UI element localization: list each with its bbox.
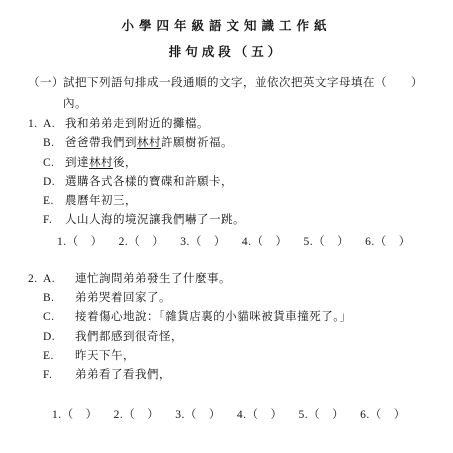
item-letter: F. [43,211,65,230]
q1-item-c: C. 到達林村後， [28,154,453,173]
worksheet-title: 小學四年級語文知識工作紙 [0,0,453,34]
q1-item-a: 1. A. 我和弟弟走到附近的攤檔。 [28,115,453,134]
q2-item-c: C. 接着傷心地說：「雜貨店裏的小貓咪被貨車撞死了。」 [28,308,453,327]
item-text: 我們都感到很奇怪， [75,328,183,347]
q2-item-d: D. 我們都感到很奇怪， [28,328,453,347]
item-letter: E. [43,347,75,366]
item-letter: B. [43,134,65,153]
underlined-place-name: 林村 [89,157,113,169]
item-text: 選購各式各樣的寶碟和許願卡， [65,173,233,192]
item-letter: C. [43,308,75,327]
item-letter: A. [43,115,65,134]
item-text: 人山人海的境況讓我們嚇了一跳。 [65,211,245,230]
answer-blank-4: 4.（ ） [237,406,283,425]
item-letter: F. [43,366,75,385]
item-text: 到達林村後， [65,154,137,173]
item-text: 弟弟哭着回家了。 [75,289,171,308]
answer-blank-6: 6.（ ） [360,406,406,425]
q2-item-f: F. 弟弟看了看我們， [28,366,453,385]
item-text: 接着傷心地說：「雜貨店裏的小貓咪被貨車撞死了。」 [75,308,352,327]
section-label: （一） [28,76,63,91]
q1-item-e: E. 農曆年初三， [28,192,453,211]
q1-item-f: F. 人山人海的境況讓我們嚇了一跳。 [28,211,453,230]
q2-answer-row: 1.（ ） 2.（ ） 3.（ ） 4.（ ） 5.（ ） 6.（ ） [52,406,453,425]
section-instruction: （一） 試把下列語句排成一段通順的文字，並依次把英文字母填在（ ） [28,76,453,91]
item-letter: D. [43,173,65,192]
answer-blank-2: 2.（ ） [119,233,165,252]
item-text: 爸爸帶我們到林村許願樹祈福。 [65,134,233,153]
question-2-number: 2. [28,270,43,289]
worksheet-page: 小學四年級語文知識工作紙 排句成段（五） （一） 試把下列語句排成一段通順的文字… [0,0,453,453]
item-text: 我和弟弟走到附近的攤檔。 [65,115,209,134]
item-letter: E. [43,192,65,211]
item-letter: C. [43,154,65,173]
instruction-text-line2: 內。 [63,97,453,112]
answer-blank-1: 1.（ ） [57,233,103,252]
q1-answer-row: 1.（ ） 2.（ ） 3.（ ） 4.（ ） 5.（ ） 6.（ ） [57,233,453,252]
answer-blank-5: 5.（ ） [304,233,350,252]
item-text: 農曆年初三， [65,192,137,211]
q2-item-b: B. 弟弟哭着回家了。 [28,289,453,308]
answer-blank-1: 1.（ ） [52,406,98,425]
instruction-text-line1: 試把下列語句排成一段通順的文字，並依次把英文字母填在（ ） [63,76,423,91]
question-2: 2. A. 連忙詢問弟弟發生了什麼事。 B. 弟弟哭着回家了。 C. 接着傷心地… [0,270,453,425]
q2-item-e: E. 昨天下午， [28,347,453,366]
answer-blank-3: 3.（ ） [180,233,226,252]
question-1: 1. A. 我和弟弟走到附近的攤檔。 B. 爸爸帶我們到林村許願樹祈福。 C. … [0,115,453,252]
item-letter: A. [43,270,75,289]
answer-blank-6: 6.（ ） [365,233,411,252]
answer-blank-2: 2.（ ） [114,406,160,425]
item-text: 弟弟看了看我們， [75,366,171,385]
answer-blank-4: 4.（ ） [242,233,288,252]
item-text: 連忙詢問弟弟發生了什麼事。 [75,270,231,289]
item-letter: B. [43,289,75,308]
item-text: 昨天下午， [75,347,135,366]
item-letter: D. [43,328,75,347]
q1-item-d: D. 選購各式各樣的寶碟和許願卡， [28,173,453,192]
worksheet-subtitle: 排句成段（五） [0,42,453,60]
answer-blank-3: 3.（ ） [175,406,221,425]
underlined-place-name: 林村 [137,137,161,149]
q1-item-b: B. 爸爸帶我們到林村許願樹祈福。 [28,134,453,153]
question-1-number: 1. [28,115,43,134]
q2-item-a: 2. A. 連忙詢問弟弟發生了什麼事。 [28,270,453,289]
answer-blank-5: 5.（ ） [299,406,345,425]
